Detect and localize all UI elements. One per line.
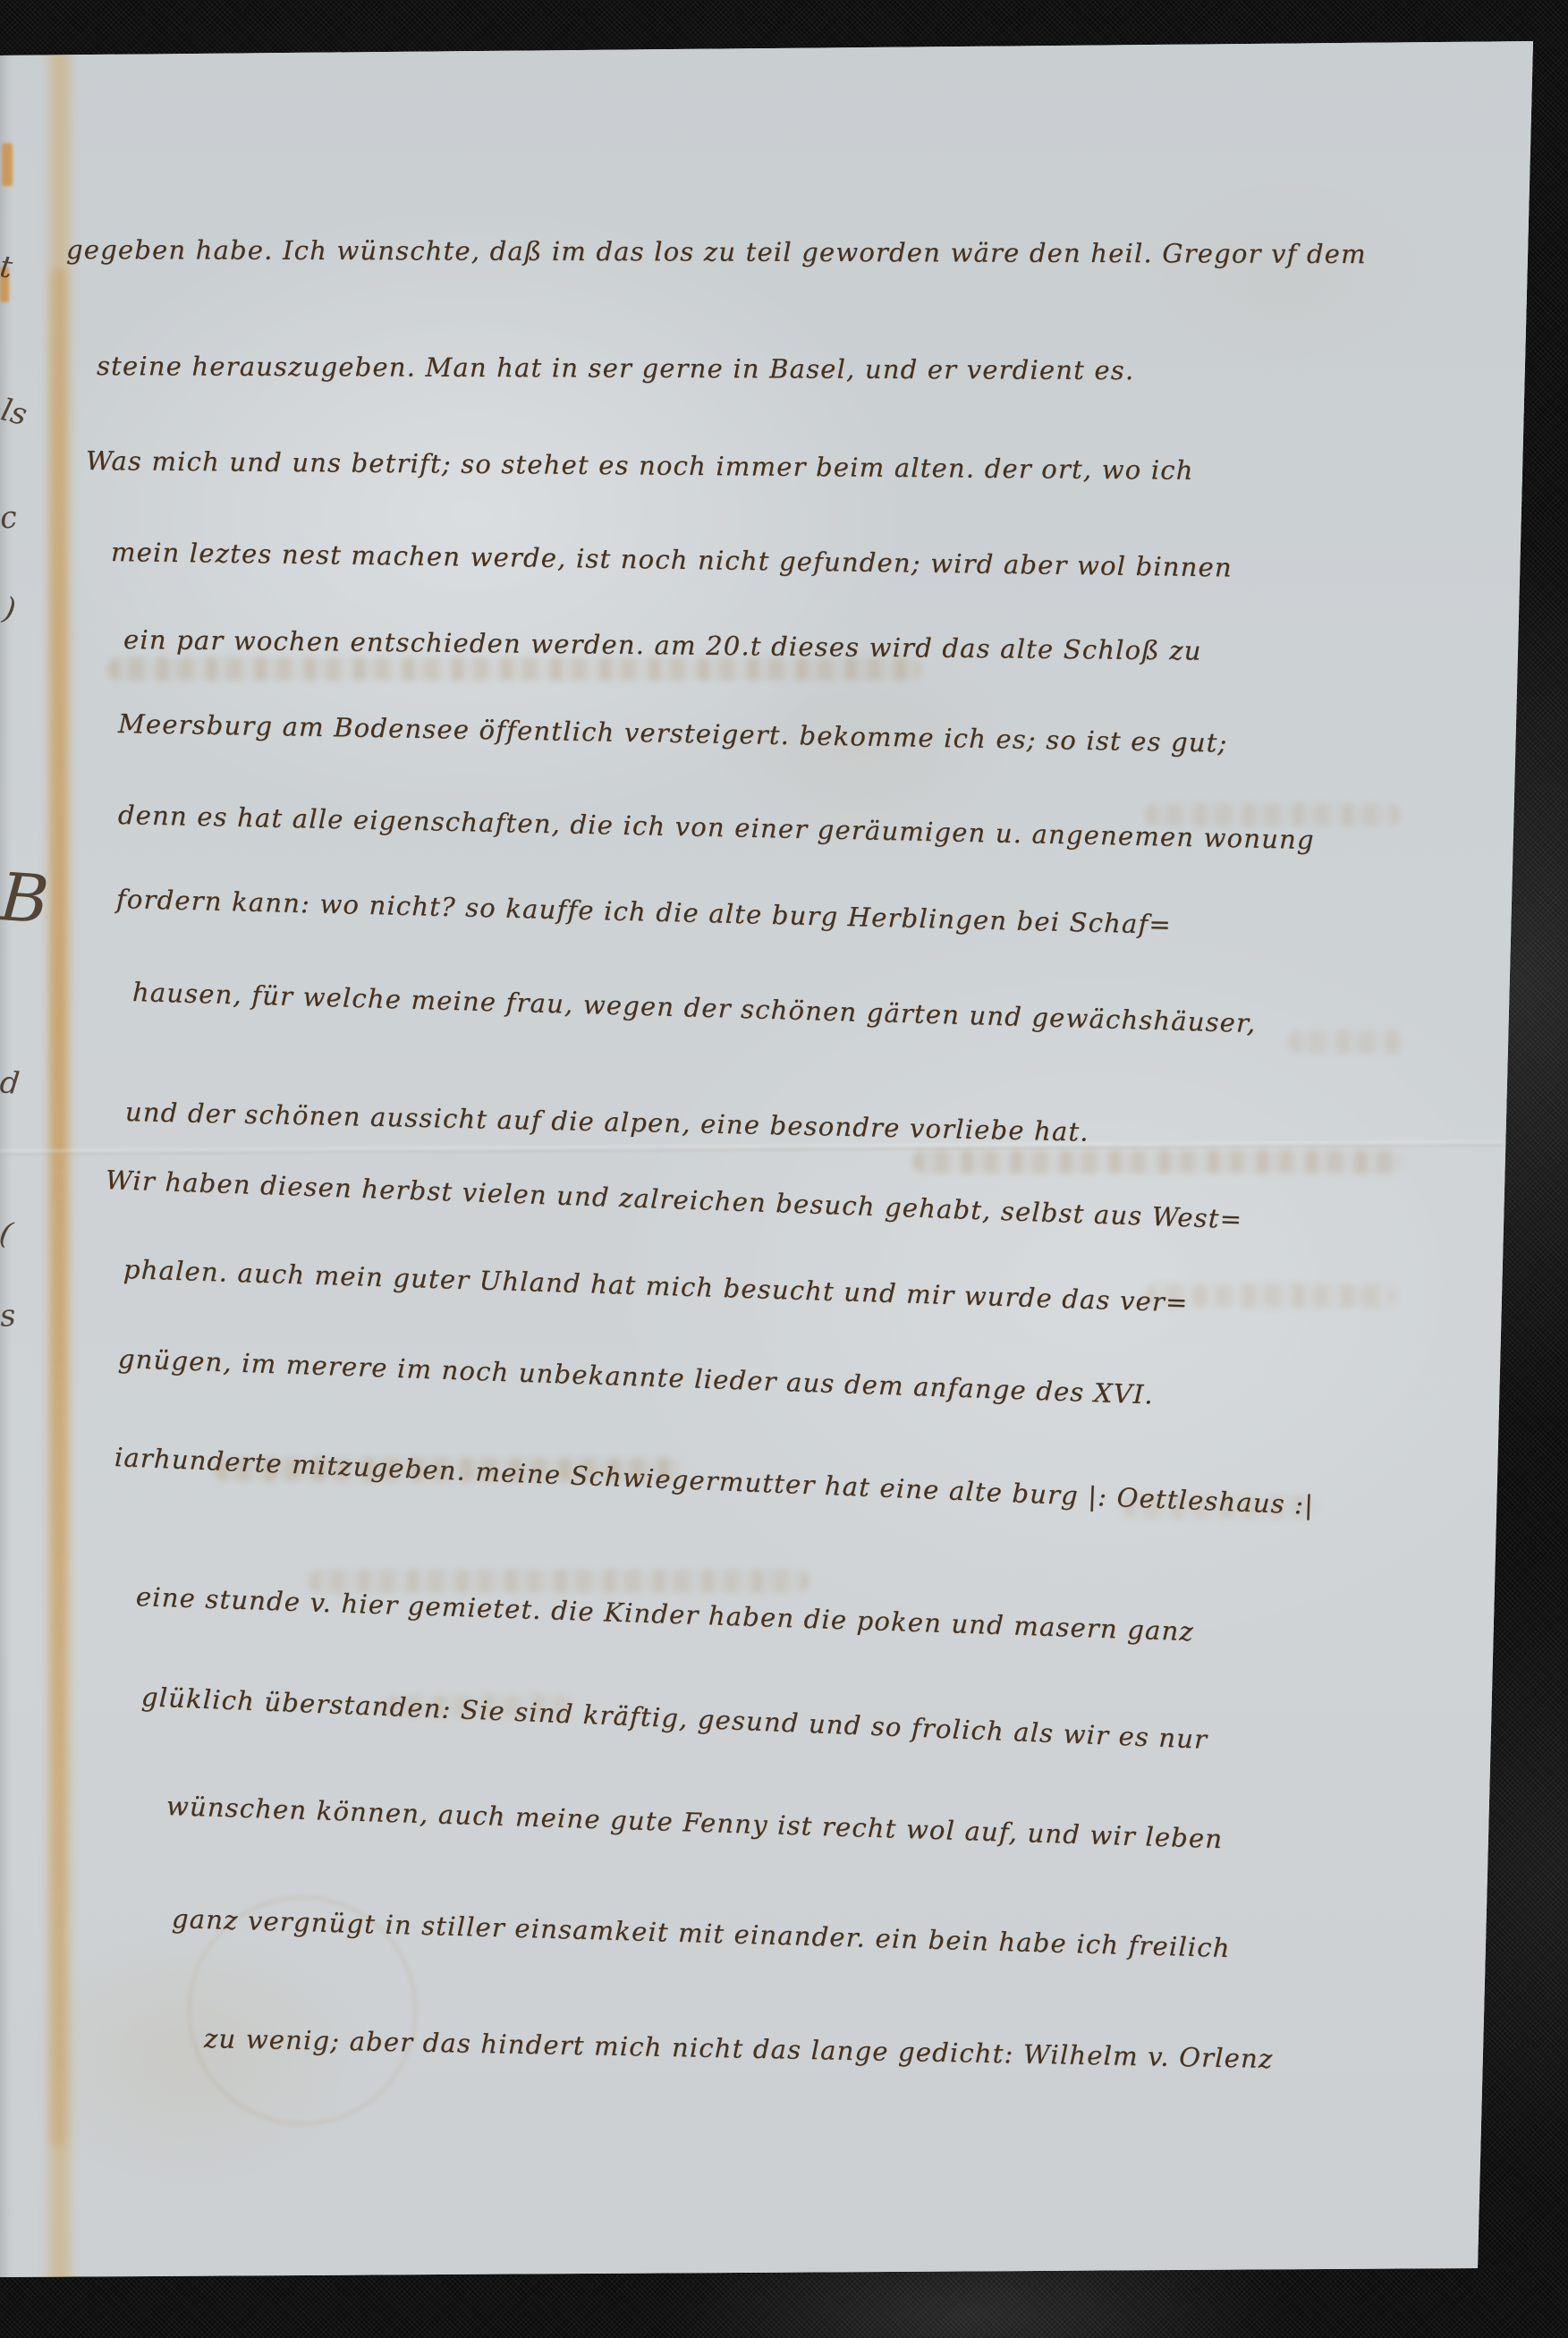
margin-stroke-fragment: d	[0, 1064, 21, 1102]
ink-bleedthrough	[1288, 1030, 1404, 1054]
margin-stroke-fragment: B	[0, 859, 51, 939]
handwriting-line: gegeben habe. Ich wünschte, daß im das l…	[66, 234, 1367, 269]
ink-bleedthrough	[912, 1150, 1404, 1173]
handwriting-line: steine herauszugeben. Man hat in ser ger…	[97, 351, 1134, 385]
margin-stroke-fragment: s	[0, 1298, 17, 1334]
letter-page: t ls c ) B d ( s gegeben habe. Ich wünsc…	[0, 0, 1568, 2338]
vertical-fold-stain-core	[50, 268, 66, 2147]
edge-stain-spot	[2, 143, 13, 186]
